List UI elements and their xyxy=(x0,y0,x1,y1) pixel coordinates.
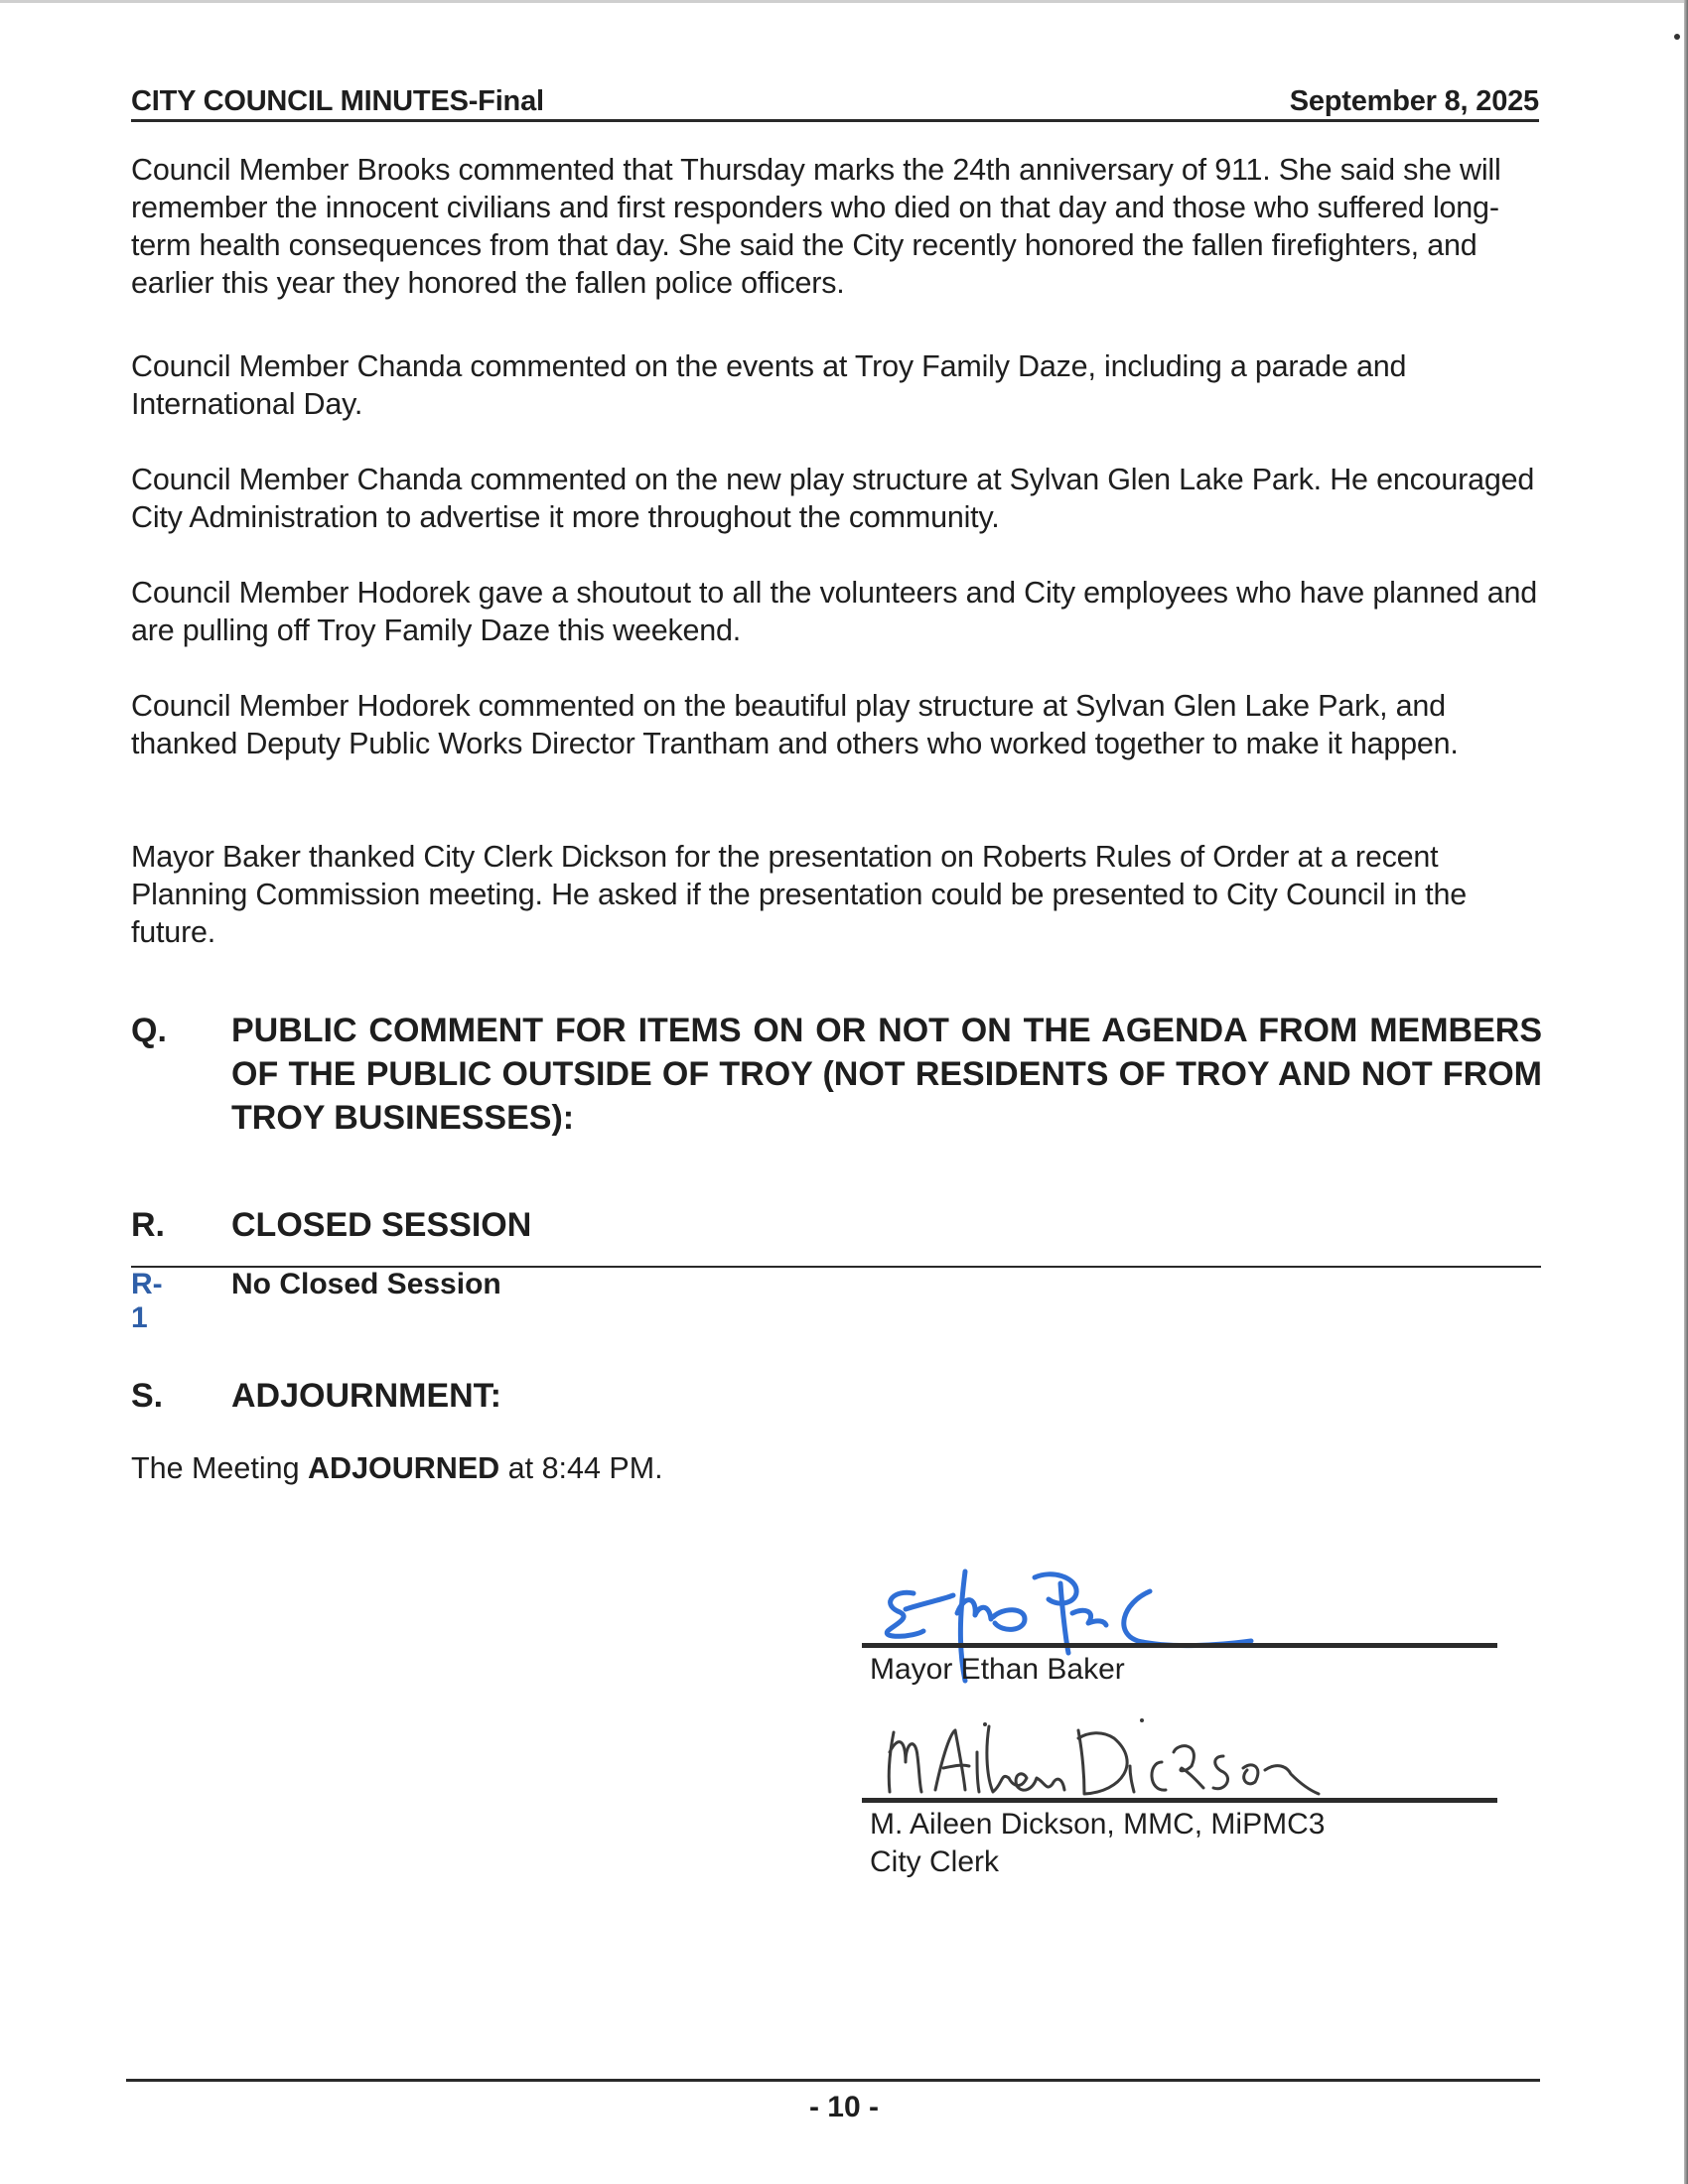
clerk-name: M. Aileen Dickson, MMC, MiPMC3 xyxy=(870,1806,1325,1843)
mayor-name: Mayor Ethan Baker xyxy=(870,1651,1125,1689)
section-title: PUBLIC COMMENT FOR ITEMS ON OR NOT ON TH… xyxy=(231,1009,1542,1140)
signature-line xyxy=(862,1643,1497,1648)
clerk-signature-icon xyxy=(854,1712,1470,1812)
adjournment-statement: The Meeting ADJOURNED at 8:44 PM. xyxy=(131,1451,663,1486)
subitem-text: No Closed Session xyxy=(231,1268,501,1301)
page-top-edge xyxy=(0,0,1688,3)
page-header: CITY COUNCIL MINUTES-Final September 8, … xyxy=(131,79,1539,122)
section-q: Q. PUBLIC COMMENT FOR ITEMS ON OR NOT ON… xyxy=(131,1009,1541,1148)
page-right-edge xyxy=(1684,0,1688,2184)
section-s: S. ADJOURNMENT: xyxy=(131,1374,1541,1418)
paragraph-baker-roberts-rules: Mayor Baker thanked City Clerk Dickson f… xyxy=(131,838,1541,951)
section-r: R. CLOSED SESSION xyxy=(131,1203,1541,1247)
signature-block-mayor: Mayor Ethan Baker xyxy=(854,1554,1499,1693)
footer-divider xyxy=(126,2079,1540,2082)
subitem-label: R-1 xyxy=(131,1268,163,1335)
paragraph-chanda-family-daze: Council Member Chanda commented on the e… xyxy=(131,347,1541,423)
page-number: - 10 - xyxy=(0,2091,1688,2124)
section-letter: Q. xyxy=(131,1009,167,1052)
paragraph-chanda-play-structure: Council Member Chanda commented on the n… xyxy=(131,461,1541,536)
adjourned-keyword: ADJOURNED xyxy=(308,1451,499,1485)
paragraph-brooks-911: Council Member Brooks commented that Thu… xyxy=(131,151,1541,302)
scan-artifact-dot xyxy=(1674,34,1680,40)
section-letter: S. xyxy=(131,1374,163,1418)
document-title: CITY COUNCIL MINUTES-Final xyxy=(131,85,544,118)
paragraph-hodorek-play-structure: Council Member Hodorek commented on the … xyxy=(131,687,1541,762)
section-letter: R. xyxy=(131,1203,165,1247)
signature-line xyxy=(862,1798,1497,1803)
paragraph-hodorek-shoutout: Council Member Hodorek gave a shoutout t… xyxy=(131,574,1541,649)
meeting-date: September 8, 2025 xyxy=(1290,85,1539,118)
section-title: CLOSED SESSION xyxy=(231,1203,1542,1247)
section-title: ADJOURNMENT: xyxy=(231,1374,1542,1418)
signature-block-clerk: M. Aileen Dickson, MMC, MiPMC3 City Cler… xyxy=(854,1712,1499,1891)
clerk-title: City Clerk xyxy=(870,1843,999,1881)
